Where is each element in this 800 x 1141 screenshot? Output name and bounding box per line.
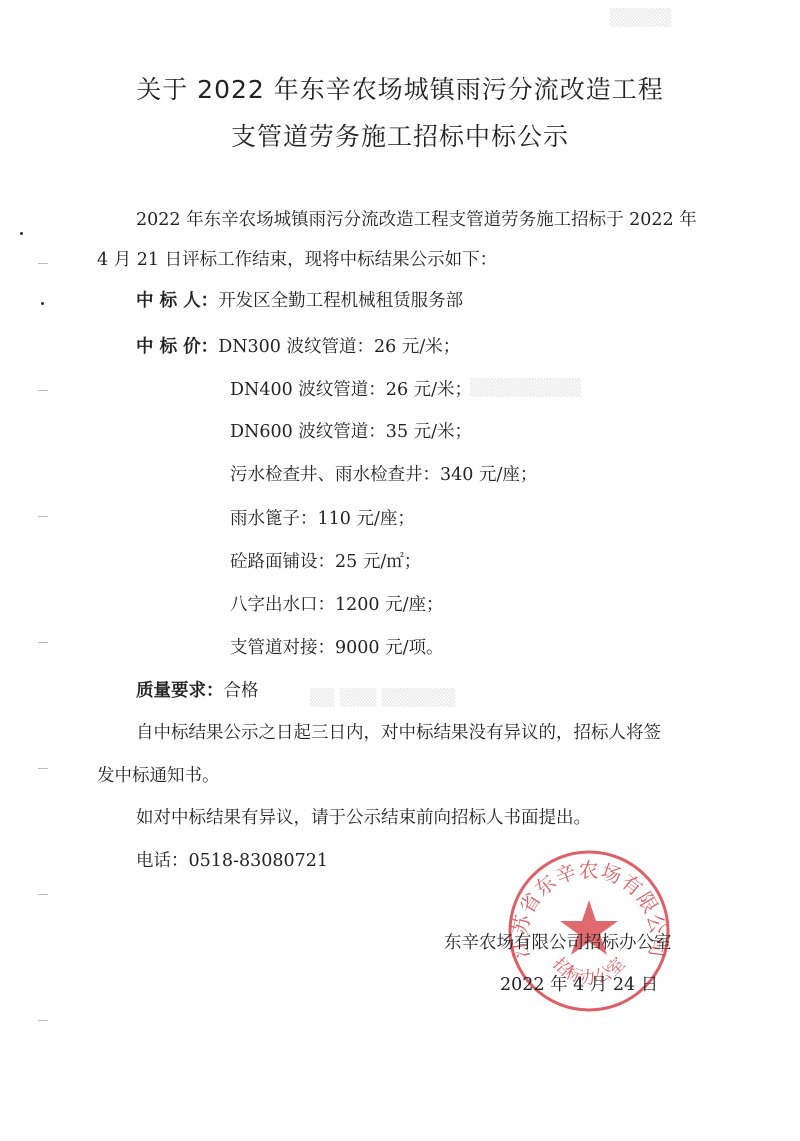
margin-mark: [38, 642, 48, 643]
margin-mark: [38, 263, 48, 264]
scan-speck: [41, 302, 44, 305]
quality-label: 质量要求：: [136, 681, 224, 701]
objection-text: 如对中标结果有异议，请于公示结束前向招标人书面提出。: [136, 804, 591, 829]
phone-text: 电话：0518-83080721: [136, 847, 328, 872]
signature-org: 东辛农场有限公司招标办公室: [444, 929, 672, 954]
notice-line-2: 发中标通知书。: [97, 762, 220, 787]
margin-mark: [38, 390, 48, 391]
bleed-through-text: ▒▒▒▒▒▒▒▒▒: [470, 378, 581, 397]
margin-mark: [38, 1020, 48, 1021]
price-item: 八字出水口：1200 元/座；: [230, 591, 444, 616]
price-row: 中 标 价：DN300 波纹管道：26 元/米；: [136, 333, 460, 358]
intro-line-2: 4 月 21 日评标工作结束，现将中标结果公示如下：: [97, 246, 497, 271]
scan-speck: [20, 232, 23, 235]
winner-value: 开发区全勤工程机械租赁服务部: [218, 291, 463, 311]
price-label: 中 标 价：: [136, 337, 218, 357]
price-item: DN300 波纹管道：26 元/米；: [218, 337, 460, 357]
title-line-1: 关于 2022 年东辛农场城镇雨污分流改造工程: [0, 70, 800, 106]
margin-mark: [38, 516, 48, 517]
winner-label: 中 标 人：: [136, 291, 218, 311]
document-page: ▒▒▒▒▒ ▒▒▒▒▒▒▒▒▒ ▒▒ ▒▒▒ ▒▒▒▒▒▒ 关于 2022 年东…: [0, 0, 800, 1141]
notice-line-1: 自中标结果公示之日起三日内，对中标结果没有异议的，招标人将签: [136, 719, 661, 744]
price-item: 污水检查井、雨水检查井：340 元/座；: [230, 461, 537, 486]
intro-line-1: 2022 年东辛农场城镇雨污分流改造工程支管道劳务施工招标于 2022 年: [136, 206, 697, 231]
title-line-2: 支管道劳务施工招标中标公示: [0, 117, 800, 153]
quality-value: 合格: [224, 681, 259, 701]
margin-mark: [38, 768, 48, 769]
winner-row: 中 标 人：开发区全勤工程机械租赁服务部: [136, 287, 463, 312]
bleed-through-text: ▒▒▒▒▒: [610, 8, 672, 27]
margin-mark: [38, 894, 48, 895]
price-item: 雨水篦子：110 元/座；: [230, 505, 415, 530]
signature-date: 2022 年 4 月 24 日: [500, 971, 658, 996]
quality-row: 质量要求：合格: [136, 677, 259, 702]
price-item: DN400 波纹管道：26 元/米；: [230, 376, 472, 401]
bleed-through-text: ▒▒ ▒▒▒ ▒▒▒▒▒▒: [310, 688, 456, 707]
price-item: 砼路面铺设：25 元/㎡；: [230, 548, 421, 573]
price-item: DN600 波纹管道：35 元/米；: [230, 418, 472, 443]
price-item: 支管道对接：9000 元/项。: [230, 634, 444, 659]
